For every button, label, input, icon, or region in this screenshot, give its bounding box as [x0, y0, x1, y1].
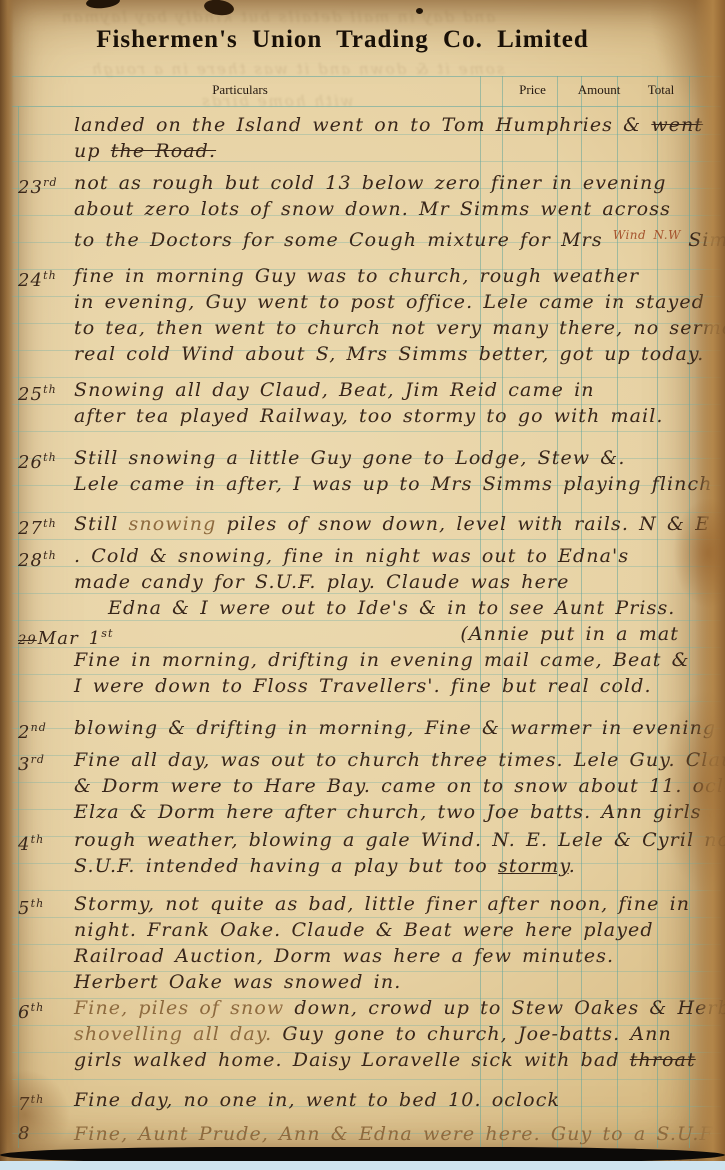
- entry-line: Fine in morning, drifting in evening mai…: [74, 647, 725, 673]
- diary-entry: 5thStormy, not quite as bad, little fine…: [74, 891, 725, 995]
- entry-date: 2nd: [18, 715, 47, 746]
- entry-line: . Cold & snowing, fine in night was out …: [74, 543, 725, 569]
- entry-line: Edna & I were out to Ide's & in to see A…: [74, 595, 725, 621]
- entry-line: S.U.F. intended having a play but too st…: [74, 853, 725, 879]
- entry-date: 29Mar 1st: [18, 621, 113, 654]
- scan-background-strip: [0, 1161, 725, 1170]
- entry-line: night. Frank Oake. Claude & Beat were he…: [74, 917, 725, 943]
- entry-line: to tea, then went to church not very man…: [74, 315, 725, 341]
- entry-line: Railroad Auction, Dorm was here a few mi…: [74, 943, 725, 969]
- diary-entries: landed on the Island went on to Tom Hump…: [74, 108, 725, 1170]
- entry-date: 3rd: [18, 747, 45, 778]
- bleed-through-mark: and day in mail details but kindly bay l…: [60, 8, 495, 26]
- binding-edge: [0, 0, 14, 1170]
- entry-date: 26th: [18, 445, 57, 476]
- diary-entry: 24thfine in morning Guy was to church, r…: [74, 263, 725, 367]
- diary-entry: 29Mar 1st(Annie put in a matFine in morn…: [74, 621, 725, 699]
- diary-entry: 2ndblowing & drifting in morning, Fine &…: [74, 715, 725, 741]
- entry-line: Still snowing a little Guy gone to Lodge…: [74, 445, 725, 471]
- entry-line: to the Doctors for some Cough mixture fo…: [74, 222, 725, 253]
- entry-date: 6th: [18, 995, 44, 1026]
- entry-line: Elza & Dorm here after church, two Joe b…: [74, 799, 725, 827]
- entry-line: Snowing all day Claud, Beat, Jim Reid ca…: [74, 377, 725, 403]
- entry-date: 28th: [18, 543, 57, 574]
- entry-line: after tea played Railway, too stormy to …: [74, 403, 725, 429]
- entry-line: shovelling all day. Guy gone to church, …: [74, 1021, 725, 1047]
- entry-date: 25th: [18, 377, 57, 408]
- entry-line: fine in morning Guy was to church, rough…: [74, 263, 725, 289]
- diary-entry: 28th. Cold & snowing, fine in night was …: [74, 543, 725, 621]
- entry-date: 4th: [18, 827, 44, 858]
- entry-line: Fine all day, was out to church three ti…: [74, 747, 725, 773]
- diary-entry: 4through weather, blowing a gale Wind. N…: [74, 827, 725, 879]
- entry-line: Fine day, no one in, went to bed 10. ocl…: [74, 1087, 725, 1113]
- entry-date: 23rd: [18, 170, 58, 201]
- entry-line: rough weather, blowing a gale Wind. N. E…: [74, 827, 725, 853]
- entry-line: Herbert Oake was snowed in.: [74, 969, 725, 995]
- scanned-ledger-page: and day in mail details but kindly bay l…: [0, 0, 725, 1170]
- entry-line: blowing & drifting in morning, Fine & wa…: [74, 715, 725, 741]
- diary-entry: 7thFine day, no one in, went to bed 10. …: [74, 1087, 725, 1113]
- entry-line: Fine, piles of snow down, crowd up to St…: [74, 995, 725, 1021]
- entry-line: real cold Wind about S, Mrs Simms better…: [74, 341, 725, 367]
- entry-line: Stormy, not quite as bad, little finer a…: [74, 891, 725, 917]
- entry-date: 24th: [18, 263, 57, 294]
- diary-entry: 6thFine, piles of snow down, crowd up to…: [74, 995, 725, 1073]
- column-header-particulars: Particulars: [175, 82, 305, 98]
- diary-entry: 26thStill snowing a little Guy gone to L…: [74, 445, 725, 497]
- entry-line: I were down to Floss Travellers'. fine b…: [74, 673, 725, 699]
- diary-entry: 27thStill snowing piles of snow down, le…: [74, 511, 725, 537]
- ink-stain: [416, 8, 423, 14]
- diary-entry: 3rdFine all day, was out to church three…: [74, 747, 725, 827]
- entry-date: 5th: [18, 891, 44, 922]
- entry-line: & Dorm were to Hare Bay. came on to snow…: [74, 773, 725, 799]
- column-header-price: Price: [505, 82, 560, 98]
- entry-line: Still snowing piles of snow down, level …: [74, 511, 725, 537]
- entry-date: 27th: [18, 511, 57, 542]
- entry-line: (Annie put in a mat: [74, 621, 725, 647]
- diary-entry: 25thSnowing all day Claud, Beat, Jim Rei…: [74, 377, 725, 429]
- entry-line: in evening, Guy went to post office. Lel…: [74, 289, 725, 315]
- entry-line: girls walked home. Daisy Loravelle sick …: [74, 1047, 725, 1073]
- company-title: Fishermen's Union Trading Co. Limited: [0, 26, 685, 54]
- entry-line: made candy for S.U.F. play. Claude was h…: [74, 569, 725, 595]
- entry-line: Fine, Aunt Prude, Ann & Edna were here. …: [74, 1121, 725, 1147]
- entry-line: Lele came in after, I was up to Mrs Simm…: [74, 471, 725, 497]
